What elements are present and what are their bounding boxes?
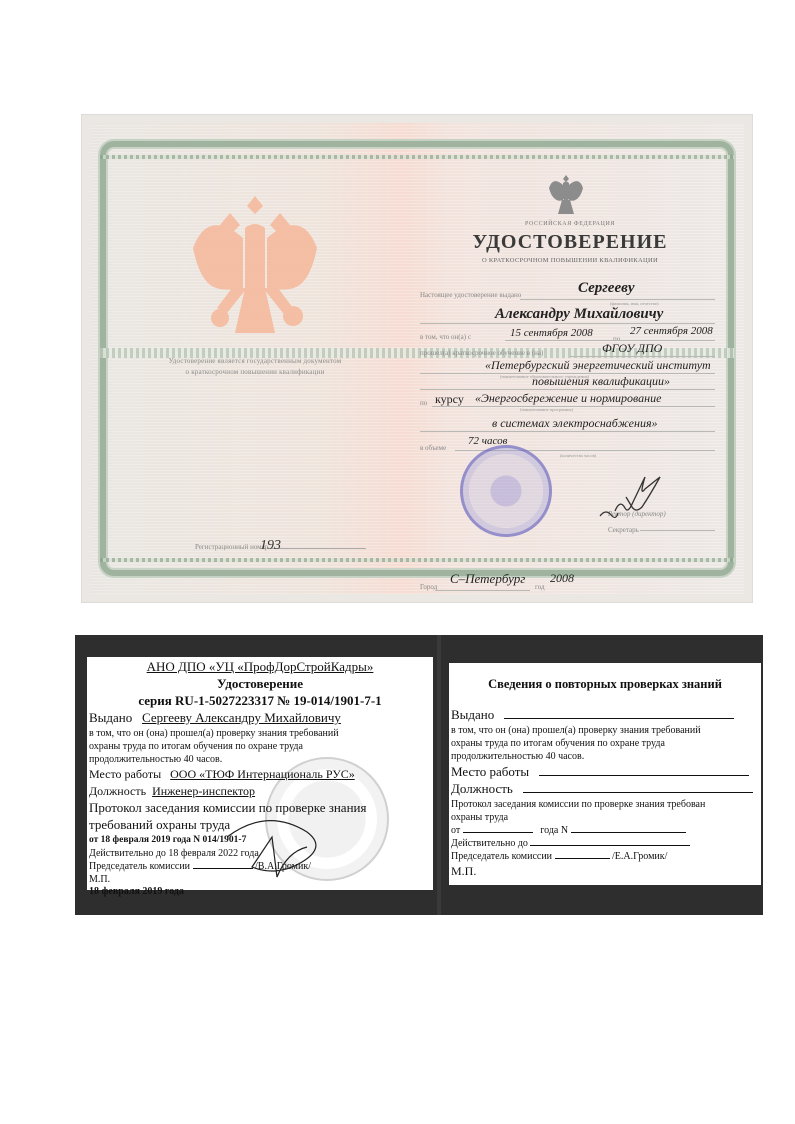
position-row: Должность	[451, 781, 763, 797]
underline	[520, 299, 715, 300]
underline	[570, 356, 715, 357]
issued-row: Выдано	[451, 707, 763, 723]
valid-until-label: Действительно до	[451, 838, 528, 849]
underline	[435, 590, 530, 591]
protocol-line: охраны труда	[451, 812, 763, 823]
booklet-fold	[437, 635, 441, 915]
year: 2008	[550, 571, 574, 586]
city: С–Петербург	[450, 571, 525, 587]
text-line: охраны труда по итогам обучения по охран…	[89, 741, 435, 752]
position-label: Должность	[89, 784, 146, 798]
text-line: охраны труда по итогам обучения по охран…	[451, 738, 763, 749]
text-line: продолжительностью 40 часов.	[89, 754, 435, 765]
protocol-line: Протокол заседания комиссии по проверке …	[451, 799, 763, 810]
signature-icon	[560, 471, 680, 521]
recheck-title: Сведения о повторных проверках знаний	[449, 677, 761, 692]
position-row: Должность Инженер-инспектор	[89, 784, 435, 799]
underline	[420, 389, 715, 390]
institution-type: ФГОУ ДПО	[602, 341, 662, 356]
underline	[420, 323, 715, 324]
booklet-left-page: АНО ДПО «УЦ «ПрофДорСтройКадры» Удостове…	[87, 657, 433, 890]
certificate-title: УДОСТОВЕРЕНИЕ	[420, 231, 720, 254]
issue-date: 18 февраля 2019 года	[89, 886, 435, 897]
position-value: Инженер-инспектор	[152, 784, 255, 798]
qualification-certificate-scan: Удостоверение является государственным д…	[82, 115, 752, 602]
certificate-subtitle: О КРАТКОСРОЧНОМ ПОВЫШЕНИИ КВАЛИФИКАЦИИ	[420, 257, 720, 264]
underline	[640, 530, 715, 531]
reg-label: Регистрационный номер	[195, 543, 268, 551]
coat-of-arms-icon	[185, 188, 325, 353]
issued-label: Выдано	[89, 710, 132, 725]
underline	[432, 406, 715, 407]
protocol-date-row: от года N	[451, 825, 763, 836]
chair-label: Председатель комиссии	[89, 861, 190, 872]
program-kind: курсу	[435, 392, 464, 407]
workplace-row: Место работы ООО «ТЮФ Интернациональ РУС…	[89, 767, 435, 782]
chair-row: Председатель комиссии /Е.А.Громик/	[451, 851, 763, 862]
coat-of-arms-small-icon	[548, 173, 584, 217]
issued-to-name: Сергееву Александру Михайловичу	[142, 710, 341, 725]
recipient-surname: Сергееву	[578, 280, 634, 297]
text-line: в том, что он (она) прошел(а) проверку з…	[451, 725, 763, 736]
program-caption: (наименование программы)	[520, 407, 573, 412]
registration-number: 193	[260, 538, 281, 554]
workplace-row: Место работы	[451, 764, 763, 780]
underline	[420, 431, 715, 432]
booklet-right-page: Сведения о повторных проверках знаний Вы…	[449, 663, 761, 885]
booklet-title: Удостоверение	[87, 676, 433, 692]
program-name: «Энергосбережение и нормирование	[475, 391, 661, 406]
safety-certificate-booklet-scan: АНО ДПО «УЦ «ПрофДорСтройКадры» Удостове…	[75, 635, 763, 915]
signature-icon	[217, 807, 337, 887]
institution-name: «Петербургский энергетический институт	[485, 358, 711, 373]
series-number: серия RU-1-5027223317 № 19-014/1901-7-1	[87, 693, 433, 709]
issued-label: Настоящее удостоверение выдано	[420, 291, 720, 299]
date-from: 15 сентября 2008	[510, 327, 593, 339]
chair-name: /Е.А.Громик/	[612, 851, 667, 862]
program-name-cont: в системах электроснабжения»	[492, 416, 658, 431]
text-line: в том, что он (она) прошел(а) проверку з…	[89, 728, 435, 739]
certificate-paper: Удостоверение является государственным д…	[90, 123, 744, 594]
note-line: о краткосрочном повышении квалификации	[120, 367, 390, 378]
position-label: Должность	[451, 781, 513, 796]
workplace-value: ООО «ТЮФ Интернациональ РУС»	[170, 767, 355, 781]
volume-caption: (количество часов)	[560, 453, 596, 458]
valid-until-row: Действительно до	[451, 838, 763, 849]
seal-label: М.П.	[451, 864, 763, 879]
institution-name-cont: повышения квалификации»	[532, 374, 670, 389]
from-label: от	[451, 825, 460, 836]
chair-label: Председатель комиссии	[451, 851, 552, 862]
certificate-legal-note: Удостоверение является государственным д…	[120, 356, 390, 378]
year-number-label: года N	[540, 825, 568, 836]
note-line: Удостоверение является государственным д…	[120, 356, 390, 367]
date-to: 27 сентября 2008	[630, 325, 713, 337]
issuer-org: АНО ДПО «УЦ «ПрофДорСтройКадры»	[87, 659, 433, 675]
recipient-name-patronymic: Александру Михайловичу	[495, 306, 663, 323]
country-label: РОССИЙСКАЯ ФЕДЕРАЦИЯ	[420, 221, 720, 227]
workplace-label: Место работы	[451, 764, 529, 779]
official-seal-stamp	[460, 445, 552, 537]
issued-label: Выдано	[451, 707, 494, 722]
text-line: продолжительностью 40 часов.	[451, 751, 763, 762]
issued-to-row: Выдано Сергееву Александру Михайловичу	[89, 710, 435, 726]
workplace-label: Место работы	[89, 767, 161, 781]
